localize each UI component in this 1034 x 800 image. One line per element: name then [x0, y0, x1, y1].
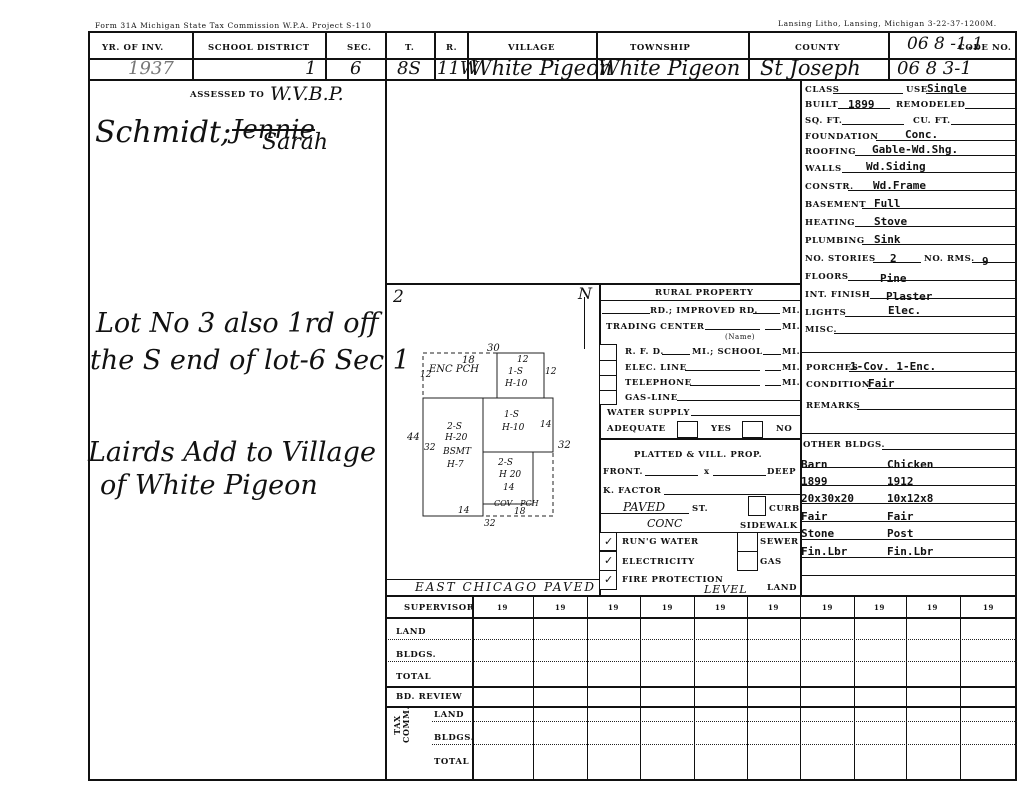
- sewer-checkbox[interactable]: [737, 532, 758, 552]
- floors-label: FLOORS: [805, 272, 849, 282]
- room-label: BSMT: [443, 447, 471, 457]
- school-district-value: 1: [305, 58, 316, 79]
- floors-value: Pine: [880, 272, 907, 285]
- roofing-value: Gable-Wd.Shg.: [872, 143, 958, 156]
- use-value: Single: [927, 82, 967, 95]
- dim-label: 18: [514, 507, 525, 517]
- telephone-checkbox[interactable]: [599, 375, 617, 391]
- misc-label: MISC.: [805, 325, 837, 335]
- x-label: x: [704, 467, 710, 477]
- condition-label: CONDITION: [806, 380, 870, 390]
- dim-label: 14: [458, 506, 469, 516]
- other-bldg-2-year: 1912: [887, 475, 914, 488]
- telephone-label: TELEPHONE: [625, 378, 692, 388]
- deep-label: DEEP: [767, 467, 796, 477]
- remodeled-label: REMODELED: [896, 100, 965, 110]
- room-label: ENC PCH: [429, 364, 479, 375]
- year-col-4: 19: [662, 603, 673, 612]
- col-township: TOWNSHIP: [630, 43, 690, 53]
- plumbing-value: Sink: [874, 233, 901, 246]
- year-col-1: 19: [497, 603, 508, 612]
- north-arrow-label: N: [578, 284, 592, 303]
- col-sec: SEC.: [347, 43, 372, 53]
- bd-review-label: BD. REVIEW: [396, 692, 462, 702]
- dim-label: 14: [540, 420, 551, 430]
- basement-value: Full: [874, 197, 901, 210]
- check-icon: ✓: [604, 554, 613, 567]
- legal-line-4: of White Pigeon: [100, 470, 318, 501]
- other-bldg-2-finish: Fin.Lbr: [887, 545, 933, 558]
- assessed-initials: W.V.B.P.: [270, 83, 344, 105]
- rfd-label: R. F. D.: [625, 347, 664, 357]
- built-label: BUILT: [805, 100, 838, 110]
- check-icon: ✓: [604, 573, 613, 586]
- check-icon: ✓: [604, 535, 613, 548]
- lights-label: LIGHTS: [805, 308, 846, 318]
- assessed-to-label: ASSESSED TO: [190, 90, 264, 100]
- stories-label: NO. STORIES: [805, 254, 876, 264]
- t-value: 8S: [397, 58, 421, 79]
- legal-line-1: Lot No 3 also 1rd off: [96, 308, 379, 339]
- year-col-5: 19: [715, 603, 726, 612]
- street-label: EAST CHICAGO PAVED: [415, 580, 596, 594]
- water-supply-label: WATER SUPPLY: [607, 408, 690, 418]
- heating-label: HEATING: [805, 218, 855, 228]
- gas-line-label: GAS-LINE: [625, 393, 678, 403]
- room-label: 1-S: [504, 410, 519, 420]
- room-label: H-20: [445, 433, 467, 443]
- basement-label: BASEMENT: [805, 200, 866, 210]
- other-bldg-1-type: Barn: [801, 458, 828, 471]
- school-label: MI.; SCHOOL: [692, 347, 763, 357]
- no-label: NO: [776, 424, 792, 434]
- rooms-value: 9: [982, 255, 989, 268]
- legal-line-2: the S end of lot-6 Sec 1: [90, 345, 410, 376]
- other-bldg-2-size: 10x12x8: [887, 492, 933, 505]
- street-value: PAVED: [623, 500, 665, 514]
- room-label: 2-S: [498, 458, 513, 468]
- dim-label: 12: [420, 370, 431, 380]
- dim-label: 14: [503, 483, 514, 493]
- built-value: 1899: [848, 98, 875, 111]
- room-label: H-7: [447, 460, 464, 470]
- curb-checkbox[interactable]: [748, 496, 766, 516]
- township-value: White Pigeon: [598, 56, 740, 80]
- county-value: St Joseph: [760, 56, 861, 80]
- code-no-value: 06 8 3-1: [897, 58, 972, 79]
- land-label: LAND: [767, 583, 797, 593]
- year-col-7: 19: [822, 603, 833, 612]
- mi-label: MI.: [782, 378, 800, 388]
- tax-comm-total-label: TOTAL: [434, 757, 469, 767]
- printer-info: Lansing Litho, Lansing, Michigan 3-22-37…: [778, 19, 997, 28]
- rooms-label: NO. RMS.: [924, 254, 975, 264]
- other-bldg-2-foundation: Post: [887, 527, 914, 540]
- cu-ft-label: CU. FT.: [913, 116, 951, 126]
- condition-value: Fair: [868, 377, 895, 390]
- walls-value: Wd.Siding: [866, 160, 926, 173]
- year-col-2: 19: [555, 603, 566, 612]
- sidewalk-label: SIDEWALK: [740, 521, 798, 531]
- dim-label: 12: [517, 355, 528, 365]
- tax-comm-label: TAX COMM.: [393, 707, 411, 743]
- col-county: COUNTY: [795, 43, 840, 53]
- sec-value: 6: [350, 58, 361, 79]
- sewer-label: SEWER: [760, 537, 799, 547]
- other-bldg-1-foundation: Stone: [801, 527, 834, 540]
- tax-comm-bldgs-label: BLDGS.: [434, 733, 474, 743]
- mi-label: MI.: [782, 322, 800, 332]
- platted-title: PLATTED & VILL. PROP.: [634, 450, 762, 460]
- year-col-9: 19: [927, 603, 938, 612]
- sq-ft-label: SQ. FT.: [805, 116, 842, 126]
- mi-label: MI.: [782, 306, 800, 316]
- tax-comm-land-label: LAND: [434, 710, 464, 720]
- st-label: ST.: [692, 504, 708, 514]
- stories-value: 2: [890, 252, 897, 265]
- year-col-6: 19: [768, 603, 779, 612]
- int-finish-value: Plaster: [886, 290, 932, 303]
- curb-label: CURB: [769, 504, 800, 514]
- constr-label: CONSTR.: [805, 182, 854, 192]
- rural-title: RURAL PROPERTY: [655, 288, 754, 298]
- sketch-number: 2: [393, 287, 404, 307]
- dim-label: 32: [484, 519, 495, 529]
- other-bldg-1-year: 1899: [801, 475, 828, 488]
- roofing-label: ROOFING: [805, 147, 856, 157]
- year-col-3: 19: [608, 603, 619, 612]
- lights-value: Elec.: [888, 304, 921, 317]
- col-r: R.: [446, 43, 457, 53]
- year-col-10: 19: [983, 603, 994, 612]
- constr-value: Wd.Frame: [873, 179, 926, 192]
- adequate-yes-checkbox[interactable]: [677, 421, 698, 438]
- rural-rd-label: RD.; IMPROVED RD.: [650, 306, 758, 316]
- gas-label: GAS: [760, 557, 782, 567]
- electricity-label: ELECTRICITY: [622, 557, 695, 567]
- front-label: FRONT.: [603, 467, 643, 477]
- gas-line-checkbox[interactable]: [599, 390, 617, 405]
- k-factor-label: K. FACTOR: [603, 486, 661, 496]
- dim-label: 44: [407, 432, 420, 443]
- dim-label: 32: [558, 440, 571, 451]
- code-no-top-value: 06 8 -1.1: [907, 34, 983, 54]
- sidewalk-value: CONC: [647, 517, 682, 530]
- rfd-checkbox[interactable]: [599, 344, 617, 361]
- remarks-label: REMARKS: [806, 401, 860, 411]
- foundation-value: Conc.: [905, 128, 938, 141]
- other-bldg-2-type: Chicken: [887, 458, 933, 471]
- col-village: VILLAGE: [508, 43, 555, 53]
- other-bldg-1-finish: Fin.Lbr: [801, 545, 847, 558]
- legal-line-3: Lairds Add to Village: [88, 437, 376, 468]
- use-label: USE: [906, 85, 928, 95]
- mi-label: MI.: [782, 363, 800, 373]
- other-bldgs-label: OTHER BLDGS.: [803, 440, 885, 450]
- room-label: 1-S: [508, 367, 523, 377]
- room-label: 2-S: [447, 422, 462, 432]
- room-label: H-10: [505, 379, 527, 389]
- gas-checkbox[interactable]: [737, 551, 758, 571]
- walls-label: WALLS: [805, 164, 842, 174]
- room-label: H-10: [502, 423, 524, 433]
- dim-label: 12: [545, 367, 556, 377]
- supervisor-label: SUPERVISOR: [404, 603, 474, 613]
- trading-center-label: TRADING CENTER: [606, 322, 705, 332]
- int-finish-label: INT. FINISH: [805, 290, 870, 300]
- other-bldg-1-condition: Fair: [801, 510, 828, 523]
- plumbing-label: PLUMBING: [805, 236, 865, 246]
- col-t: T.: [405, 43, 414, 53]
- dim-label: 32: [424, 443, 435, 453]
- foundation-label: FOUNDATION: [805, 132, 879, 142]
- supervisor-bldgs-label: BLDGS.: [396, 650, 436, 660]
- supervisor-land-label: LAND: [396, 627, 426, 637]
- supervisor-total-label: TOTAL: [396, 672, 431, 682]
- yes-label: YES: [711, 424, 732, 434]
- col-school-district: SCHOOL DISTRICT: [208, 43, 310, 53]
- mi-label: MI.: [782, 347, 800, 357]
- elec-line-checkbox[interactable]: [599, 360, 617, 376]
- adequate-label: ADEQUATE: [607, 424, 666, 434]
- village-value: White Pigeon: [470, 56, 612, 80]
- owner-last-name: Schmidt;: [95, 115, 231, 150]
- owner-first-name: Sarah: [262, 130, 328, 155]
- dim-label: 30: [487, 343, 500, 354]
- heating-value: Stove: [874, 215, 907, 228]
- form-id: Form 31A Michigan State Tax Commission W…: [95, 21, 371, 30]
- col-yr-of-inv: YR. OF INV.: [102, 43, 164, 53]
- year-col-8: 19: [874, 603, 885, 612]
- room-label: H 20: [499, 470, 521, 480]
- elec-line-label: ELEC. LINE: [625, 363, 687, 373]
- yr-of-inv-value: 1937: [128, 58, 174, 79]
- other-bldg-1-size: 20x30x20: [801, 492, 854, 505]
- porches-value: 1-Cov. 1-Enc.: [850, 360, 936, 373]
- name-caption: (Name): [725, 333, 755, 341]
- other-bldg-2-condition: Fair: [887, 510, 914, 523]
- running-water-label: RUN'G WATER: [622, 537, 699, 547]
- adequate-no-checkbox[interactable]: [742, 421, 763, 438]
